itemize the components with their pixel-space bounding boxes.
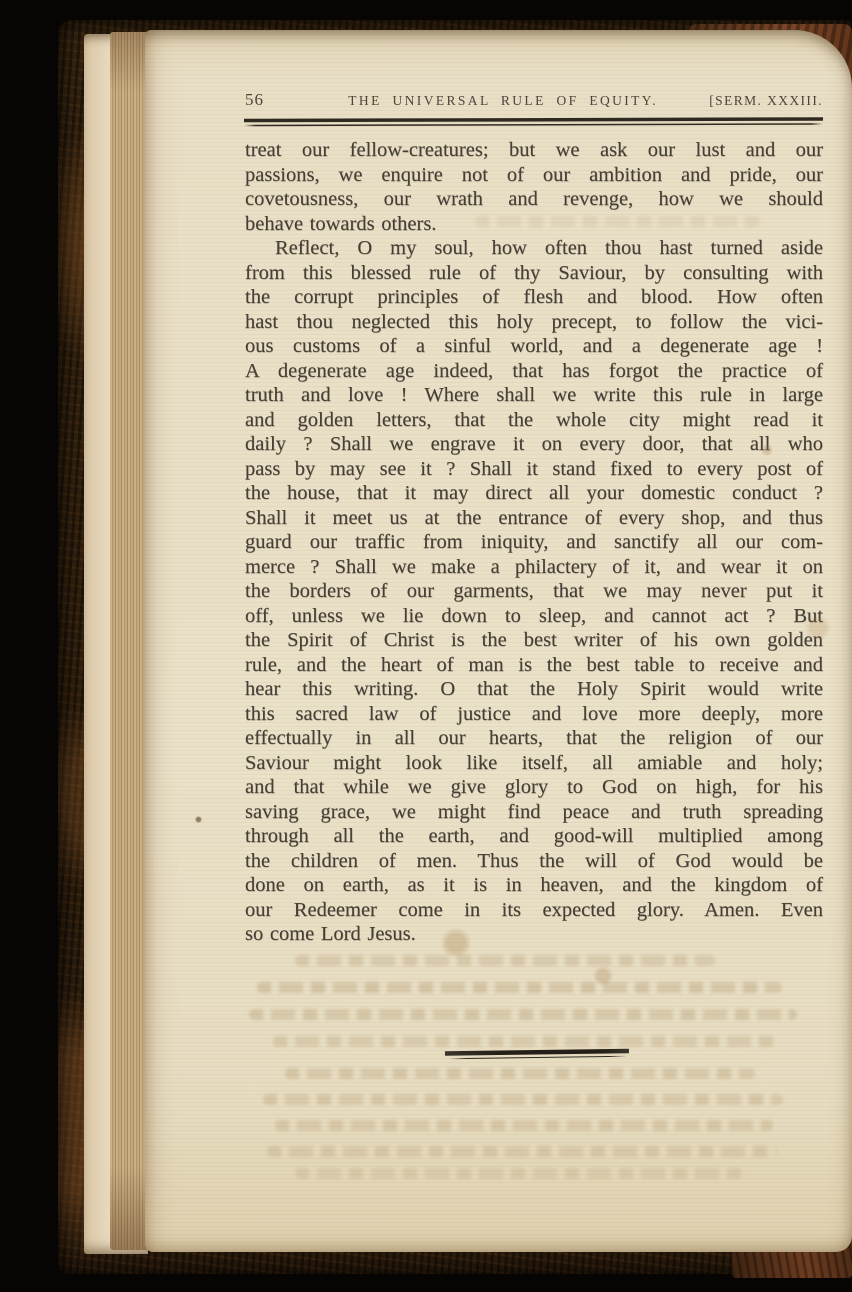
bleedthrough-smudge <box>263 1094 783 1105</box>
text-line: Shall it meet us at the entrance of ever… <box>245 506 823 531</box>
bleedthrough-smudge <box>249 1009 797 1020</box>
text-line: merce ? Shall we make a philactery of it… <box>245 555 823 580</box>
body-text: treat our fellow-creatures; but we ask o… <box>245 138 823 947</box>
text-line: the corrupt principles of flesh and bloo… <box>245 285 823 310</box>
text-line: covetousness, our wrath and revenge, how… <box>245 187 823 212</box>
header-double-rule <box>244 117 823 129</box>
text-line: daily ? Shall we engrave it on every doo… <box>245 432 823 457</box>
text-line: ous customs of a sinful world, and a deg… <box>245 334 823 359</box>
page-header: 56 THE UNIVERSAL RULE OF EQUITY. [SERM. … <box>245 90 823 110</box>
text-line: treat our fellow-creatures; but we ask o… <box>245 138 823 163</box>
text-line: pass by may see it ? Shall it stand fixe… <box>245 457 823 482</box>
text-line: saving grace, we might find peace and tr… <box>245 800 823 825</box>
page-number: 56 <box>245 90 297 110</box>
sermon-label: [SERM. XXXIII. <box>709 93 823 109</box>
running-title: THE UNIVERSAL RULE OF EQUITY. <box>297 93 709 109</box>
text-line: A degenerate age indeed, that has forgot… <box>245 359 823 384</box>
foxing-stain <box>761 444 773 456</box>
text-line: Reflect, O my soul, how often thou hast … <box>245 236 823 261</box>
text-line: effectually in all our hearts, that the … <box>245 726 823 751</box>
text-line: the borders of our garments, that we may… <box>245 579 823 604</box>
text-line: guard our traffic from iniquity, and san… <box>245 530 823 555</box>
text-line: from this blessed rule of thy Saviour, b… <box>245 261 823 286</box>
bleedthrough-smudge <box>285 1068 755 1079</box>
bleedthrough-smudge <box>295 955 715 966</box>
text-line: and golden letters, that the whole city … <box>245 408 823 433</box>
bleedthrough-smudge <box>257 982 782 993</box>
text-line: through all the earth, and good-will mul… <box>245 824 823 849</box>
scan-background: { "page": { "page_number": "56", "runnin… <box>0 0 852 1292</box>
bleedthrough-smudge <box>295 1168 750 1179</box>
text-line: done on earth, as it is in heaven, and t… <box>245 873 823 898</box>
text-line: off, unless we lie down to sleep, and ca… <box>245 604 823 629</box>
bleedthrough-smudge <box>273 1036 778 1047</box>
bleedthrough-smudge <box>475 216 760 227</box>
text-line: rule, and the heart of man is the best t… <box>245 653 823 678</box>
text-line: the house, that it may direct all your d… <box>245 481 823 506</box>
text-line: hast thou neglected this holy precept, t… <box>245 310 823 335</box>
text-line: the children of men. Thus the will of Go… <box>245 849 823 874</box>
foxing-stain <box>593 966 613 986</box>
book-page: 56 THE UNIVERSAL RULE OF EQUITY. [SERM. … <box>145 30 852 1252</box>
bleedthrough-smudge <box>275 1120 773 1131</box>
text-line: truth and love ! Where shall we write th… <box>245 383 823 408</box>
text-line: Saviour might look like itself, all amia… <box>245 751 823 776</box>
text-line: so come Lord Jesus. <box>245 922 823 947</box>
bleedthrough-smudge <box>267 1146 777 1157</box>
text-line: hear this writing. O that the Holy Spiri… <box>245 677 823 702</box>
text-line: the Spirit of Christ is the best writer … <box>245 628 823 653</box>
text-line: and that while we give glory to God on h… <box>245 775 823 800</box>
text-line: our Redeemer come in its expected glory.… <box>245 898 823 923</box>
text-line: this sacred law of justice and love more… <box>245 702 823 727</box>
section-divider-rule <box>445 1049 629 1061</box>
foxing-stain <box>805 615 831 641</box>
text-line: passions, we enquire not of our ambition… <box>245 163 823 188</box>
foxing-stain <box>441 928 471 958</box>
foxing-stain <box>195 816 202 823</box>
